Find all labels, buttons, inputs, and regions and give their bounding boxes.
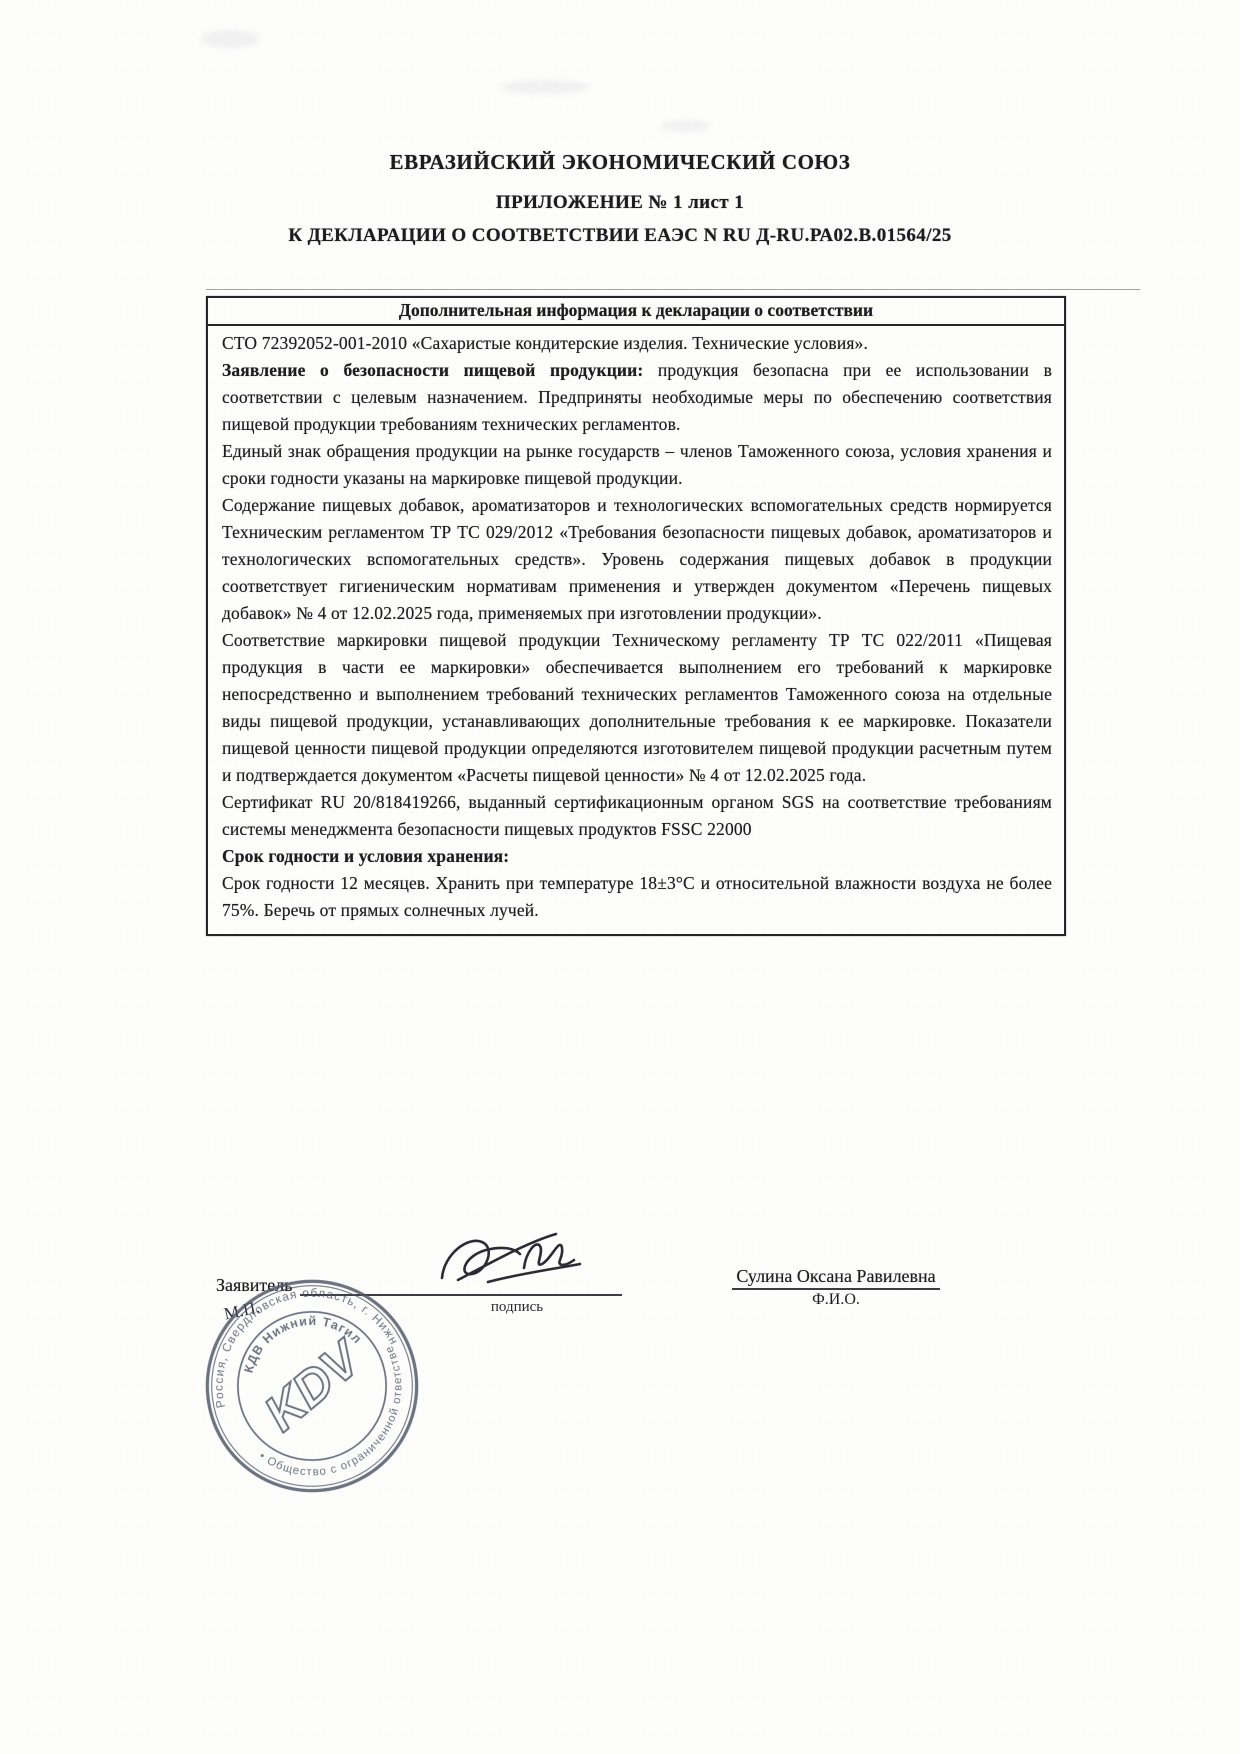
- declaration-number-line: К ДЕКЛАРАЦИИ О СООТВЕТСТВИИ ЕАЭС N RU Д-…: [0, 225, 1240, 247]
- handwritten-signature: [428, 1220, 608, 1300]
- scan-artifact-line: [206, 289, 1140, 290]
- scan-smudge: [200, 30, 260, 48]
- additional-info-table: Дополнительная информация к декларации о…: [206, 296, 1066, 936]
- paragraph-certificate: Сертификат RU 20/818419266, выданный сер…: [222, 789, 1052, 843]
- paragraph-marking: Соответствие маркировки пищевой продукци…: [222, 627, 1052, 789]
- shelf-life-heading: Срок годности и условия хранения:: [222, 843, 1052, 870]
- paragraph-standard: СТО 72392052-001-2010 «Сахаристые кондит…: [222, 330, 1052, 357]
- signature-caption: подпись: [452, 1299, 582, 1316]
- scan-smudge: [660, 120, 710, 132]
- paragraph-unified-mark: Единый знак обращения продукции на рынке…: [222, 438, 1052, 492]
- paragraph-additives: Содержание пищевых добавок, ароматизатор…: [222, 492, 1052, 627]
- fio-caption: Ф.И.О.: [712, 1291, 960, 1309]
- scanned-document-page: ЕВРАЗИЙСКИЙ ЭКОНОМИЧЕСКИЙ СОЮЗ ПРИЛОЖЕНИ…: [0, 0, 1240, 1754]
- safety-statement-lead: Заявление о безопасности пищевой продукц…: [222, 360, 643, 380]
- annex-subtitle: ПРИЛОЖЕНИЕ № 1 лист 1: [0, 192, 1240, 214]
- fio-block: Сулина Оксана Равилевна Ф.И.О.: [712, 1266, 960, 1309]
- applicant-fio: Сулина Оксана Равилевна: [732, 1266, 939, 1290]
- document-title: ЕВРАЗИЙСКИЙ ЭКОНОМИЧЕСКИЙ СОЮЗ: [0, 150, 1240, 175]
- table-header: Дополнительная информация к декларации о…: [208, 298, 1064, 326]
- paragraph-safety-statement: Заявление о безопасности пищевой продукц…: [222, 357, 1052, 438]
- shelf-life-lead: Срок годности и условия хранения:: [222, 846, 509, 866]
- table-body: СТО 72392052-001-2010 «Сахаристые кондит…: [208, 326, 1064, 934]
- scan-smudge: [500, 80, 590, 94]
- paragraph-shelf-life: Срок годности 12 месяцев. Хранить при те…: [222, 870, 1052, 924]
